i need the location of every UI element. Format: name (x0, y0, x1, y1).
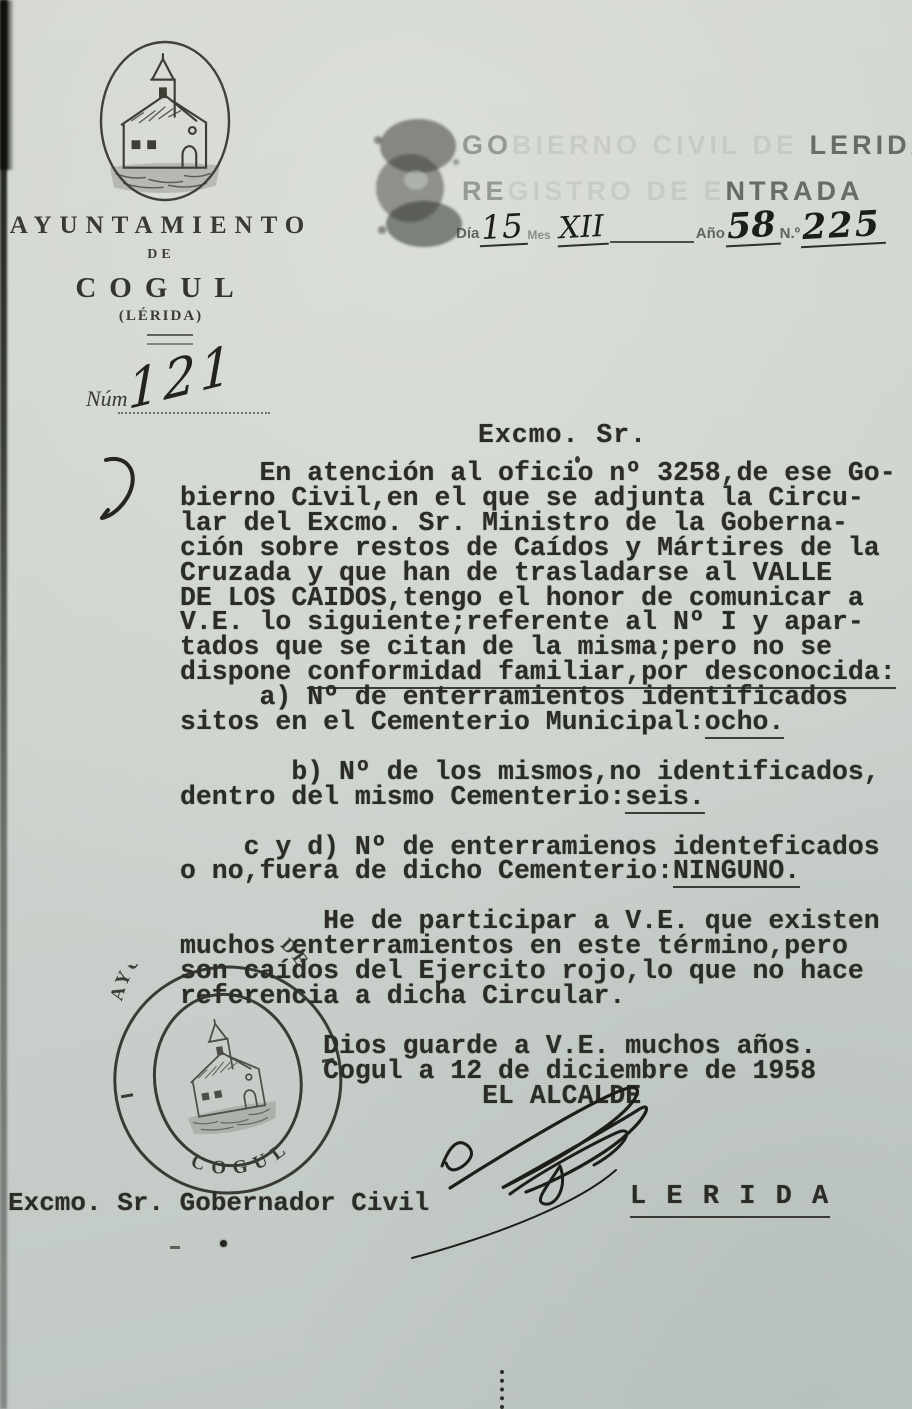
addressee: Excmo. Sr. Gobernador Civil (8, 1188, 429, 1218)
document-number-dotted-line (118, 412, 270, 414)
ink-dot (220, 1240, 227, 1247)
salutation: Excmo. Sr. (478, 420, 647, 450)
stamp-year-label: Año (696, 225, 725, 246)
stamp-ink-blob-icon (366, 110, 470, 252)
stamp-number-label: N.º (780, 225, 800, 246)
destination-city-text: L E R I D A (630, 1182, 830, 1218)
document-page: AYUNTAMIENTO DE COGUL (LÉRIDA) Núm 121 G… (0, 0, 912, 1409)
mayor-signature (390, 1076, 702, 1268)
stamp-date-line: Día 15 Mes XII Año 58 N.º 225 (456, 208, 885, 246)
letterhead-church-emblem-icon (94, 36, 236, 206)
stamp-register-line: REGISTRO DE ENTRADA (462, 176, 864, 207)
stamp-day-handwritten: 15 (478, 209, 528, 247)
registry-entry-stamp: GOBIERNO CIVIL DE LERIDA REGISTRO DE ENT… (366, 110, 911, 255)
letterhead-province: (LÉRIDA) (6, 308, 316, 325)
letter-line: sitos en el Cementerio Municipal:ocho. (180, 710, 896, 735)
stamp-month-label: Mes (527, 228, 550, 246)
scan-edge-corner (0, 0, 14, 170)
letterhead-org-name: AYUNTAMIENTO (6, 212, 316, 240)
stamp-office-start: GO (462, 130, 512, 160)
round-stamp-church-icon (172, 1012, 280, 1139)
municipal-round-stamp: AYUNTAMIENTO DE COGUL (85, 931, 371, 1231)
pen-check-mark (88, 448, 158, 538)
stamp-register-faded: GISTRO DE E (508, 176, 726, 206)
stamp-office-city: LERIDA (810, 130, 912, 160)
stamp-office-faded: BIERNO CIVIL DE (512, 130, 810, 160)
document-number-handwritten: 121 (128, 334, 236, 423)
letterhead-flourish (147, 334, 193, 345)
letterhead-of: DE (6, 247, 316, 263)
letterhead-town: COGUL (6, 272, 316, 305)
stamp-number-handwritten: 225 (799, 206, 886, 248)
document-number-label: Núm (86, 386, 128, 412)
letter-line: o no,fuera de dicho Cementerio:NINGUNO. (180, 859, 896, 884)
bottom-dotted-tick (500, 1370, 504, 1409)
stamp-register-end: NTRADA (726, 176, 864, 206)
stamp-blank-rule (610, 241, 694, 243)
stamp-month-handwritten: XII (556, 212, 609, 248)
stamp-year-handwritten: 58 (724, 207, 781, 248)
letter-line: dentro del mismo Cementerio:seis. (180, 785, 896, 810)
ink-dash (170, 1246, 180, 1249)
stamp-day-label: Día (456, 225, 479, 246)
destination-city: L E R I D A (630, 1182, 830, 1212)
stamp-office-line: GOBIERNO CIVIL DE LERIDA (462, 130, 912, 161)
stamp-register-start: RE (462, 176, 508, 206)
